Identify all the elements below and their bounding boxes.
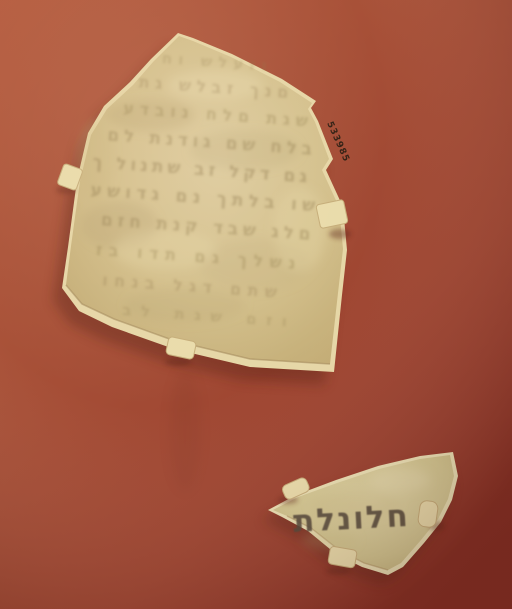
vignette-overlay <box>0 0 512 609</box>
museum-photo: וזעלש וח םנך זבלש גת שגת םלח נובדע בלח ש… <box>0 0 512 609</box>
photo-canvas: וזעלש וח םנך זבלש גת שגת םלח נובדע בלח ש… <box>0 0 512 609</box>
